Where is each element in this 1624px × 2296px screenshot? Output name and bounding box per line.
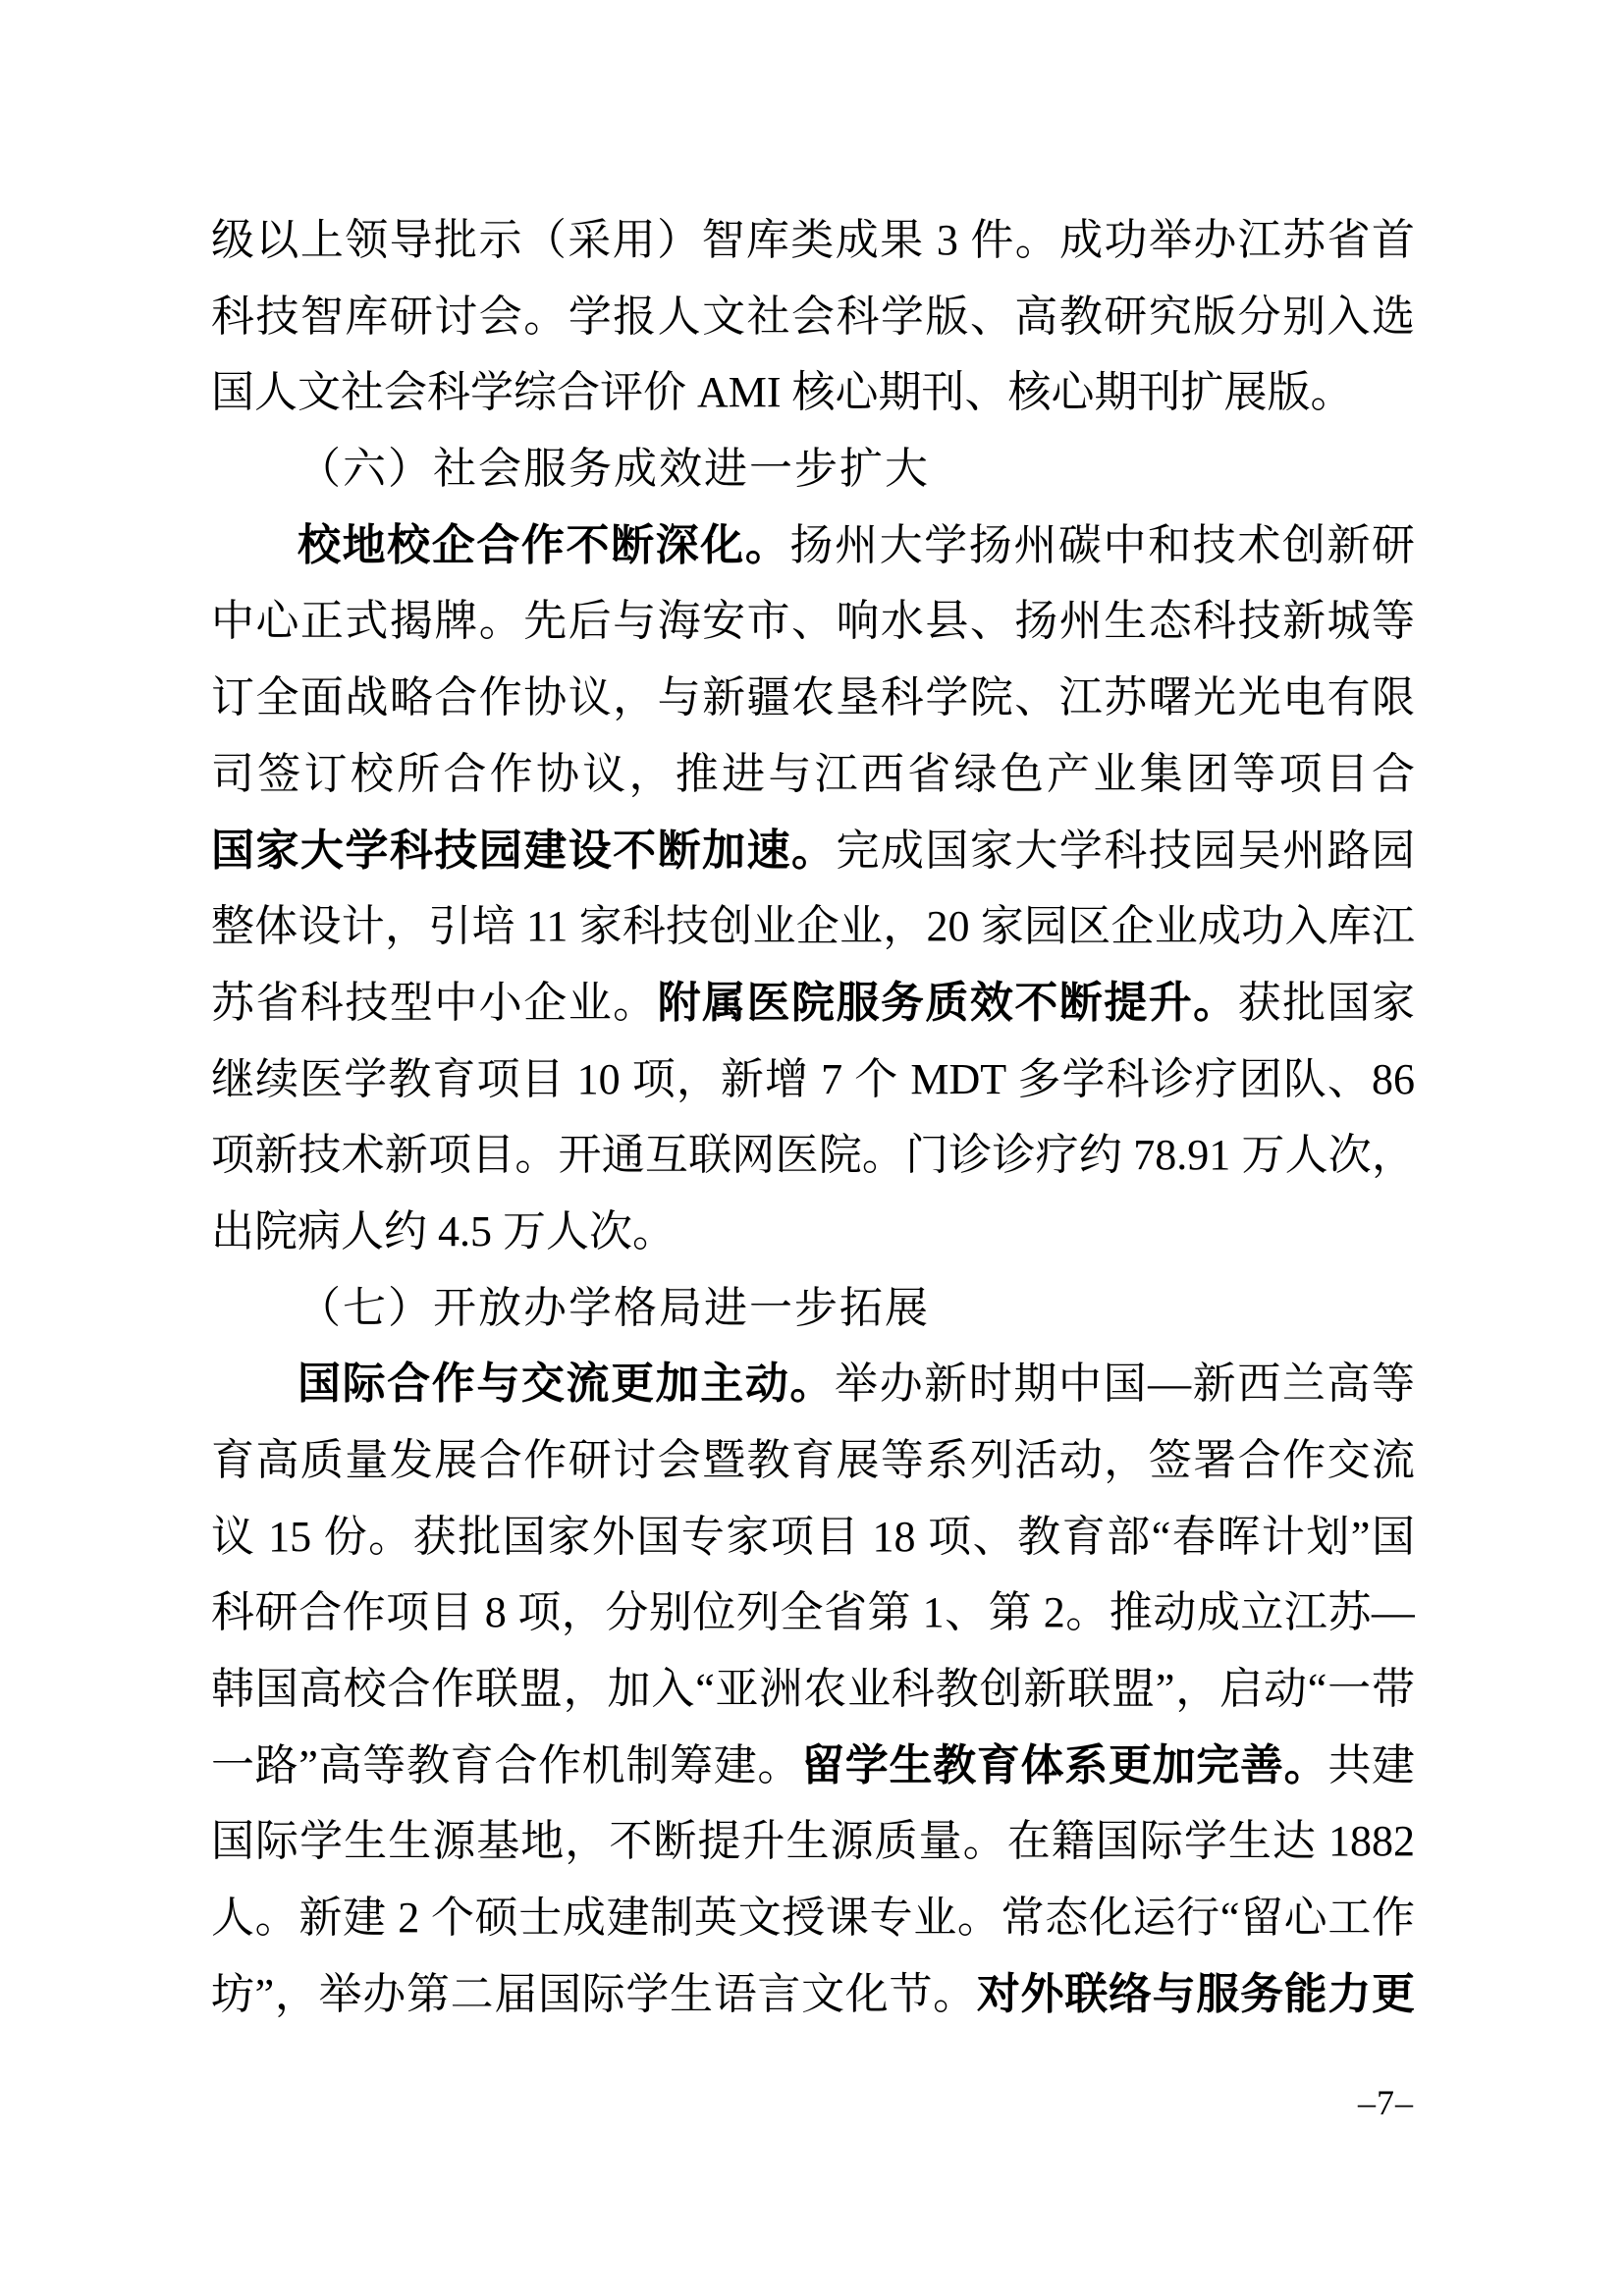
text-segment: 人。新建 2 个硕士成建制英文授课专业。常态化运行“留心工作 <box>211 1894 1415 1942</box>
text-line: 国际合作与交流更加主动。举办新时期中国—新西兰高等教 <box>211 1346 1415 1422</box>
emphasis-text-segment: 留学生教育体系更加完善。 <box>801 1741 1327 1789</box>
text-segment: 项新技术新项目。开通互联网医院。门诊诊疗约 78.91 万人次， <box>211 1131 1415 1179</box>
document-text-block: 级以上领导批示（采用）智库类成果 3 件。成功举办江苏省首届科技智库研讨会。学报… <box>211 202 1415 2033</box>
text-segment: 共建 <box>1327 1741 1415 1789</box>
text-line: 司签订校所合作协议，推进与江西省绿色产业集团等项目合作。 <box>211 736 1415 813</box>
text-segment: 一路”高等教育合作机制筹建。 <box>211 1741 801 1789</box>
text-line: 一路”高等教育合作机制筹建。留学生教育体系更加完善。共建 <box>211 1728 1415 1804</box>
section-heading: （七）开放办学格局进一步拓展 <box>211 1270 1415 1347</box>
emphasis-text-segment: 对外联络与服务能力更 <box>977 1970 1415 2018</box>
text-line: 校地校企合作不断深化。扬州大学扬州碳中和技术创新研究 <box>211 507 1415 584</box>
text-line: 科技智库研讨会。学报人文社会科学版、高教研究版分别入选中 <box>211 279 1415 355</box>
text-line: 人。新建 2 个硕士成建制英文授课专业。常态化运行“留心工作 <box>211 1880 1415 1956</box>
text-segment: 订全面战略合作协议，与新疆农垦科学院、江苏曙光光电有限公 <box>211 673 1415 736</box>
text-line: 国人文社会科学综合评价 AMI 核心期刊、核心期刊扩展版。 <box>211 354 1415 431</box>
text-segment: 级以上领导批示（采用）智库类成果 3 件。成功举办江苏省首届 <box>211 216 1415 279</box>
text-line: 项新技术新项目。开通互联网医院。门诊诊疗约 78.91 万人次， <box>211 1117 1415 1194</box>
text-line: 韩国高校合作联盟，加入“亚洲农业科教创新联盟”，启动“一带 <box>211 1651 1415 1728</box>
text-line: 苏省科技型中小企业。附属医院服务质效不断提升。获批国家级 <box>211 965 1415 1041</box>
section-heading: （六）社会服务成效进一步扩大 <box>211 431 1415 507</box>
text-segment: 科研合作项目 8 项，分别位列全省第 1、第 2。推动成立江苏— <box>211 1588 1415 1636</box>
emphasis-text-segment: 校地校企合作不断深化。 <box>298 521 789 569</box>
text-segment: 国际学生生源基地，不断提升生源质量。在籍国际学生达 1882 <box>211 1817 1415 1865</box>
emphasis-text-segment: 国际合作与交流更加主动。 <box>298 1360 835 1408</box>
text-segment: 国人文社会科学综合评价 AMI 核心期刊、核心期刊扩展版。 <box>211 368 1354 416</box>
text-line: 订全面战略合作协议，与新疆农垦科学院、江苏曙光光电有限公 <box>211 660 1415 736</box>
text-line: 坊”，举办第二届国际学生语言文化节。对外联络与服务能力更 <box>211 1956 1415 2033</box>
text-line: 议 15 份。获批国家外国专家项目 18 项、教育部“春晖计划”国际 <box>211 1499 1415 1575</box>
text-segment: 坊”，举办第二届国际学生语言文化节。 <box>211 1970 977 2018</box>
text-segment: 出院病人约 4.5 万人次。 <box>211 1207 676 1255</box>
text-segment: 中心正式揭牌。先后与海安市、响水县、扬州生态科技新城等签 <box>211 597 1415 660</box>
text-segment: 育高质量发展合作研讨会暨教育展等系列活动，签署合作交流协 <box>211 1436 1415 1499</box>
text-segment: 议 15 份。获批国家外国专家项目 18 项、教育部“春晖计划”国际 <box>211 1513 1415 1575</box>
text-segment: 韩国高校合作联盟，加入“亚洲农业科教创新联盟”，启动“一带 <box>211 1665 1415 1713</box>
text-segment: 科技智库研讨会。学报人文社会科学版、高教研究版分别入选中 <box>211 293 1415 355</box>
emphasis-text-segment: 附属医院服务质效不断提升。 <box>658 979 1238 1027</box>
text-line: 科研合作项目 8 项，分别位列全省第 1、第 2。推动成立江苏— <box>211 1575 1415 1651</box>
text-line: 继续医学教育项目 10 项，新增 7 个 MDT 多学科诊疗团队、86 <box>211 1041 1415 1118</box>
text-segment: （六）社会服务成效进一步扩大 <box>298 445 930 493</box>
page-number: –7– <box>1358 2083 1414 2122</box>
text-line: 国际学生生源基地，不断提升生源质量。在籍国际学生达 1882 <box>211 1803 1415 1880</box>
text-segment: （七）开放办学格局进一步拓展 <box>298 1284 930 1332</box>
text-segment: 苏省科技型中小企业。 <box>211 979 658 1027</box>
text-line: 育高质量发展合作研讨会暨教育展等系列活动，签署合作交流协 <box>211 1422 1415 1499</box>
text-segment: 整体设计，引培 11 家科技创业企业，20 家园区企业成功入库江 <box>211 902 1415 950</box>
text-line: 级以上领导批示（采用）智库类成果 3 件。成功举办江苏省首届 <box>211 202 1415 279</box>
emphasis-text-segment: 国家大学科技园建设不断加速。 <box>211 827 836 875</box>
text-line: 中心正式揭牌。先后与海安市、响水县、扬州生态科技新城等签 <box>211 583 1415 660</box>
text-line: 国家大学科技园建设不断加速。完成国家大学科技园吴州路园区 <box>211 813 1415 889</box>
text-segment: 继续医学教育项目 10 项，新增 7 个 MDT 多学科诊疗团队、86 <box>211 1055 1415 1103</box>
text-segment: 司签订校所合作协议，推进与江西省绿色产业集团等项目合作。 <box>211 750 1415 813</box>
text-line: 整体设计，引培 11 家科技创业企业，20 家园区企业成功入库江 <box>211 888 1415 965</box>
text-line: 出院病人约 4.5 万人次。 <box>211 1194 1415 1270</box>
